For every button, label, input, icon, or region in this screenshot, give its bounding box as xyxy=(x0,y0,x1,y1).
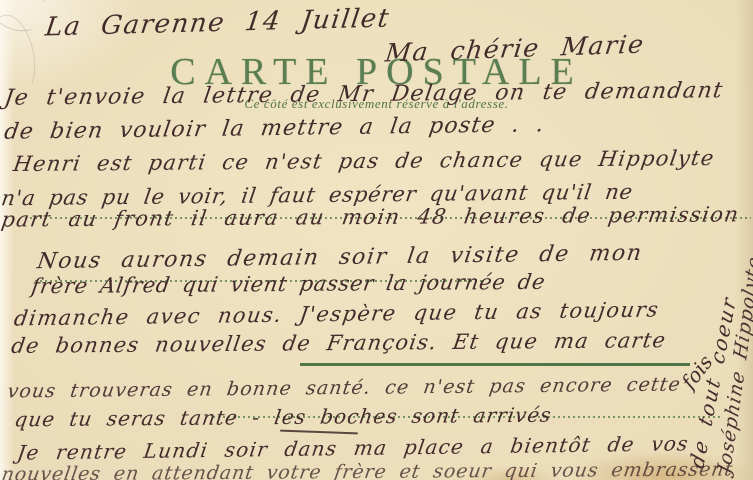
ink-underline xyxy=(280,430,358,435)
manuscript-line: frère Alfred qui vient passer la journée… xyxy=(30,271,547,298)
manuscript-line: de bonnes nouvelles de François. Et que … xyxy=(10,329,668,357)
manuscript-line: de bien vouloir la mettre a la poste . . xyxy=(3,113,546,144)
manuscript-line: Henri est parti ce n'est pas de chance q… xyxy=(12,147,716,175)
manuscript-line: que tu seras tante - les boches sont arr… xyxy=(13,405,553,431)
manuscript-line: dimanche avec nous. J'espère que tu as t… xyxy=(13,299,661,330)
manuscript-line: nouvelles en attendant votre frère et so… xyxy=(0,460,734,480)
solid-address-rule xyxy=(300,363,690,366)
postcard-scan: CARTE POSTALE Ce côté est exclusivement … xyxy=(0,0,753,480)
manuscript-line: part au front il aura au moin 48 heures … xyxy=(0,203,741,230)
manuscript-line: Nous aurons demain soir la visite de mon xyxy=(36,242,645,274)
manuscript-line: vous trouveras en bonne santé. ce n'est … xyxy=(6,375,682,402)
handwritten-place-date: La Garenne 14 Juillet xyxy=(44,6,392,42)
